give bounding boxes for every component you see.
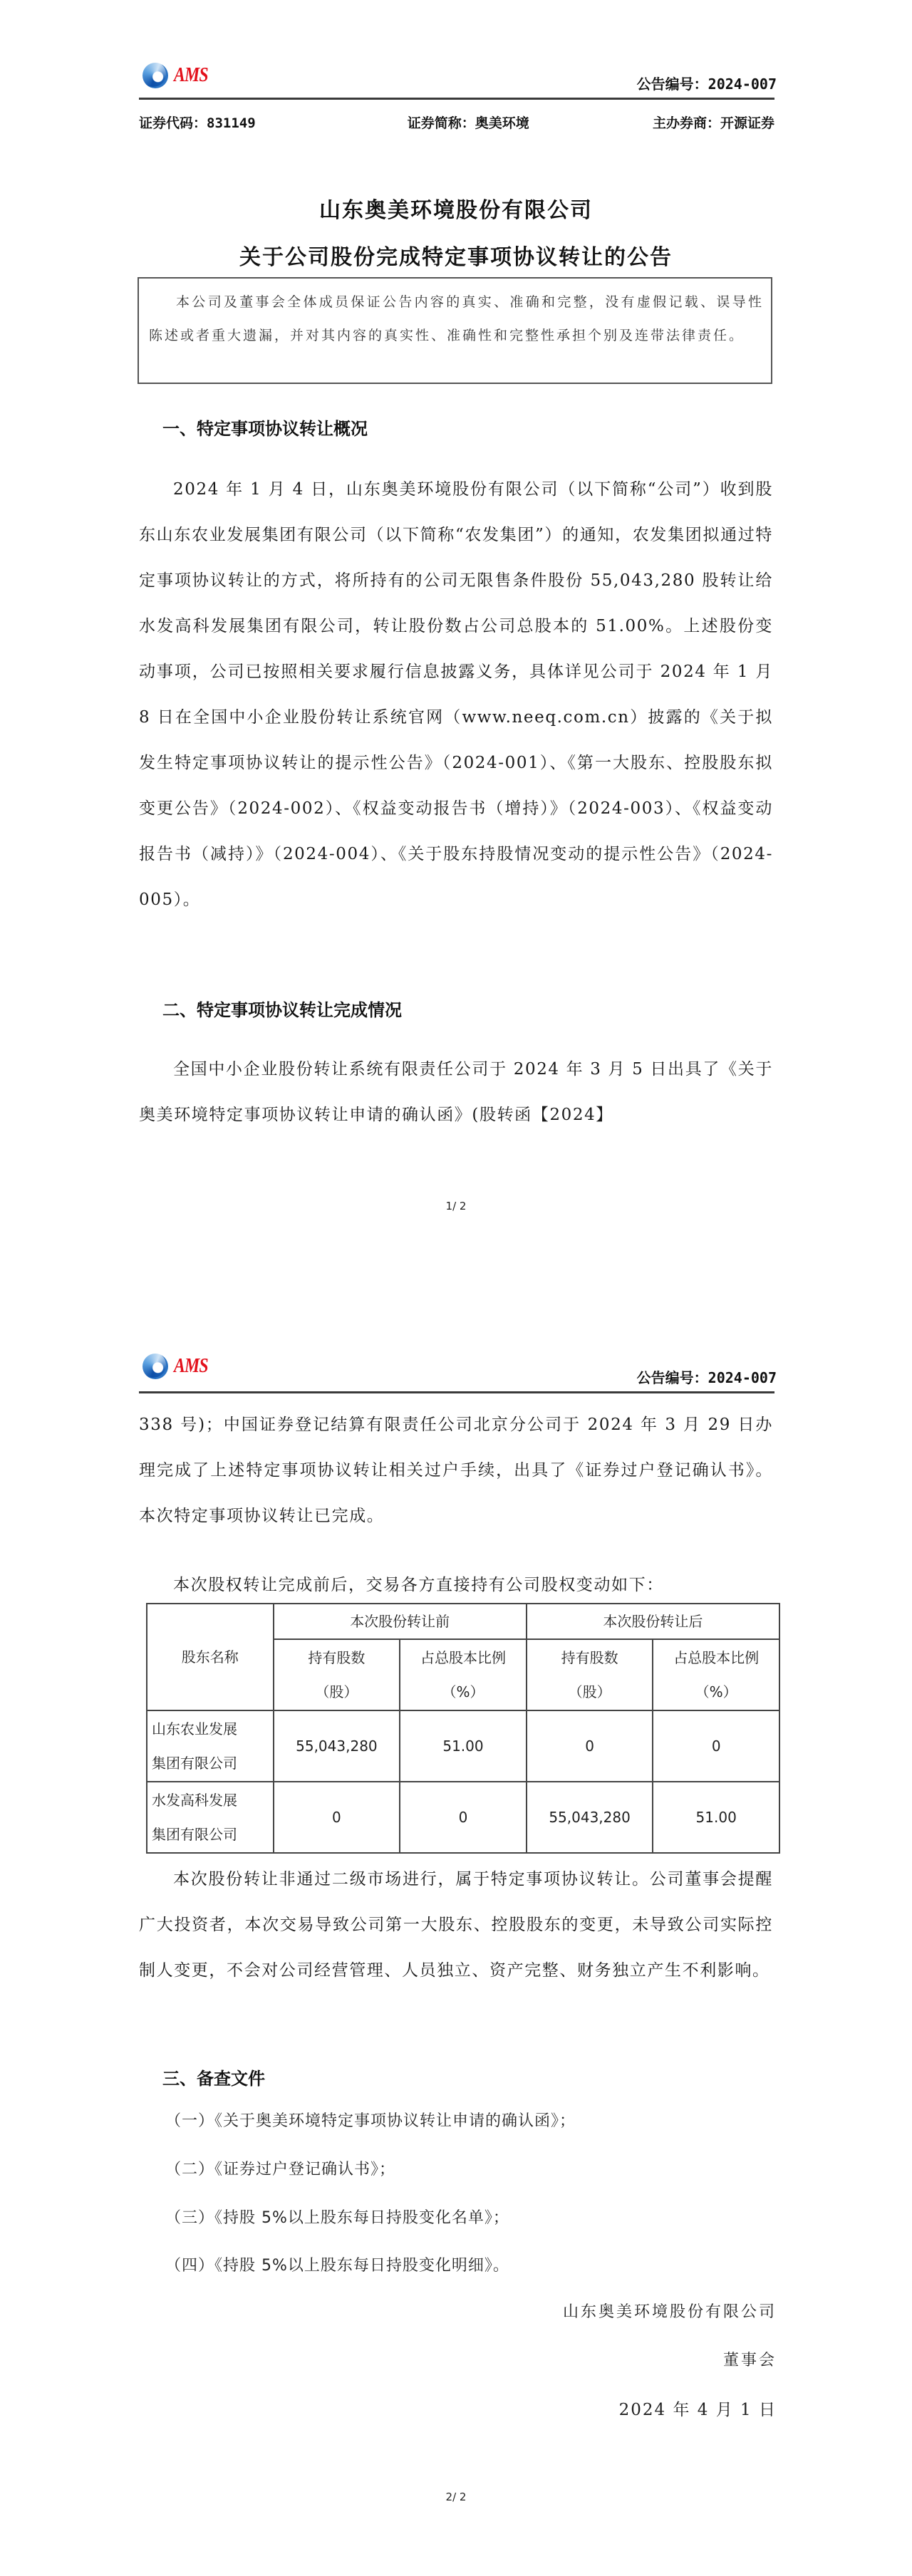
table-row: 水发高科发展集团有限公司 0 0 55,043,280 51.00: [147, 1782, 779, 1853]
logo-text: AMS: [174, 1355, 208, 1378]
page-1: AMS 公告编号：2024-007 证券代码：831149 证券简称：奥美环境 …: [0, 0, 912, 1282]
before-shares: 55,043,280: [274, 1710, 400, 1782]
after-ratio: 51.00: [653, 1782, 779, 1853]
before-shares: 0: [274, 1782, 400, 1853]
sponsor-broker: 主办券商：开源证券: [653, 113, 774, 132]
title-company: 山东奥美环境股份有限公司: [0, 192, 912, 224]
logo-swirl-icon: [142, 1354, 168, 1379]
company-logo: AMS: [142, 1351, 242, 1382]
reference-document-2: （二）《证券过户登记确认书》；: [165, 2157, 395, 2179]
logo-text: AMS: [174, 64, 208, 87]
signature-date: 2024 年 4 月 1 日: [619, 2396, 777, 2420]
page-number-2: 2/ 2: [0, 2491, 912, 2503]
announcement-number: 公告编号：2024-007: [637, 1366, 777, 1387]
company-logo: AMS: [142, 60, 242, 91]
page-number-1: 1/ 2: [0, 1200, 912, 1212]
signature-board: 董事会: [723, 2348, 777, 2370]
section-heading-1: 一、特定事项协议转让概况: [162, 415, 368, 440]
logo-swirl-icon: [142, 63, 168, 88]
security-code: 证券代码：831149: [139, 113, 256, 132]
section-2-paragraph-1: 全国中小企业股份转让系统有限责任公司于 2024 年 3 月 5 日出具了《关于…: [139, 1046, 773, 1138]
col-header-before-ratio: 占总股本比例（%）: [400, 1639, 527, 1710]
col-header-shareholder: 股东名称: [147, 1604, 274, 1710]
col-group-after: 本次股份转让后: [527, 1604, 779, 1639]
disclaimer-box: 本公司及董事会全体成员保证公告内容的真实、准确和完整，没有虚假记载、误导性陈述或…: [138, 277, 772, 384]
shareholding-change-table: 股东名称 本次股份转让前 本次股份转让后 持有股数（股） 占总股本比例（%） 持…: [146, 1603, 780, 1854]
table-intro: 本次股权转让完成前后，交易各方直接持有公司股权变动如下：: [139, 1562, 773, 1608]
col-header-after-ratio: 占总股本比例（%）: [653, 1639, 779, 1710]
shareholder-name: 水发高科发展集团有限公司: [147, 1782, 274, 1853]
after-shares: 0: [527, 1710, 653, 1782]
security-short-name: 证券简称：奥美环境: [408, 113, 529, 132]
after-ratio: 0: [653, 1710, 779, 1782]
signature-company: 山东奥美环境股份有限公司: [563, 2300, 777, 2322]
section-heading-3: 三、备查文件: [162, 2065, 265, 2089]
reference-document-4: （四）《持股 5%以上股东每日持股变化明细》。: [165, 2253, 509, 2275]
col-header-before-shares: 持有股数（股）: [274, 1639, 400, 1710]
reference-document-3: （三）《持股 5%以上股东每日持股变化名单》；: [165, 2206, 509, 2228]
section-2-paragraph-4: 本次股份转让非通过二级市场进行，属于特定事项协议转让。公司董事会提醒广大投资者，…: [139, 1856, 773, 1993]
before-ratio: 0: [400, 1782, 527, 1853]
section-heading-2: 二、特定事项协议转让完成情况: [162, 996, 402, 1021]
after-shares: 55,043,280: [527, 1782, 653, 1853]
header-divider: [139, 98, 774, 100]
section-1-paragraph: 2024 年 1 月 4 日，山东奥美环境股份有限公司（以下简称“公司”）收到股…: [139, 467, 773, 923]
col-group-before: 本次股份转让前: [274, 1604, 527, 1639]
security-info-row: 证券代码：831149 证券简称：奥美环境 主办券商：开源证券: [139, 113, 774, 132]
header-divider: [139, 1391, 774, 1393]
col-header-after-shares: 持有股数（股）: [527, 1639, 653, 1710]
table-row: 山东农业发展集团有限公司 55,043,280 51.00 0 0: [147, 1710, 779, 1782]
section-2-paragraph-2: 338 号)；中国证券登记结算有限责任公司北京分公司于 2024 年 3 月 2…: [139, 1402, 773, 1539]
reference-document-1: （一）《关于奥美环境特定事项协议转让申请的确认函》；: [165, 2109, 576, 2131]
before-ratio: 51.00: [400, 1710, 527, 1782]
shareholder-name: 山东农业发展集团有限公司: [147, 1710, 274, 1782]
announcement-number: 公告编号：2024-007: [637, 73, 777, 93]
disclaimer-text: 本公司及董事会全体成员保证公告内容的真实、准确和完整，没有虚假记载、误导性陈述或…: [149, 286, 764, 353]
title-announcement: 关于公司股份完成特定事项协议转让的公告: [0, 239, 912, 271]
